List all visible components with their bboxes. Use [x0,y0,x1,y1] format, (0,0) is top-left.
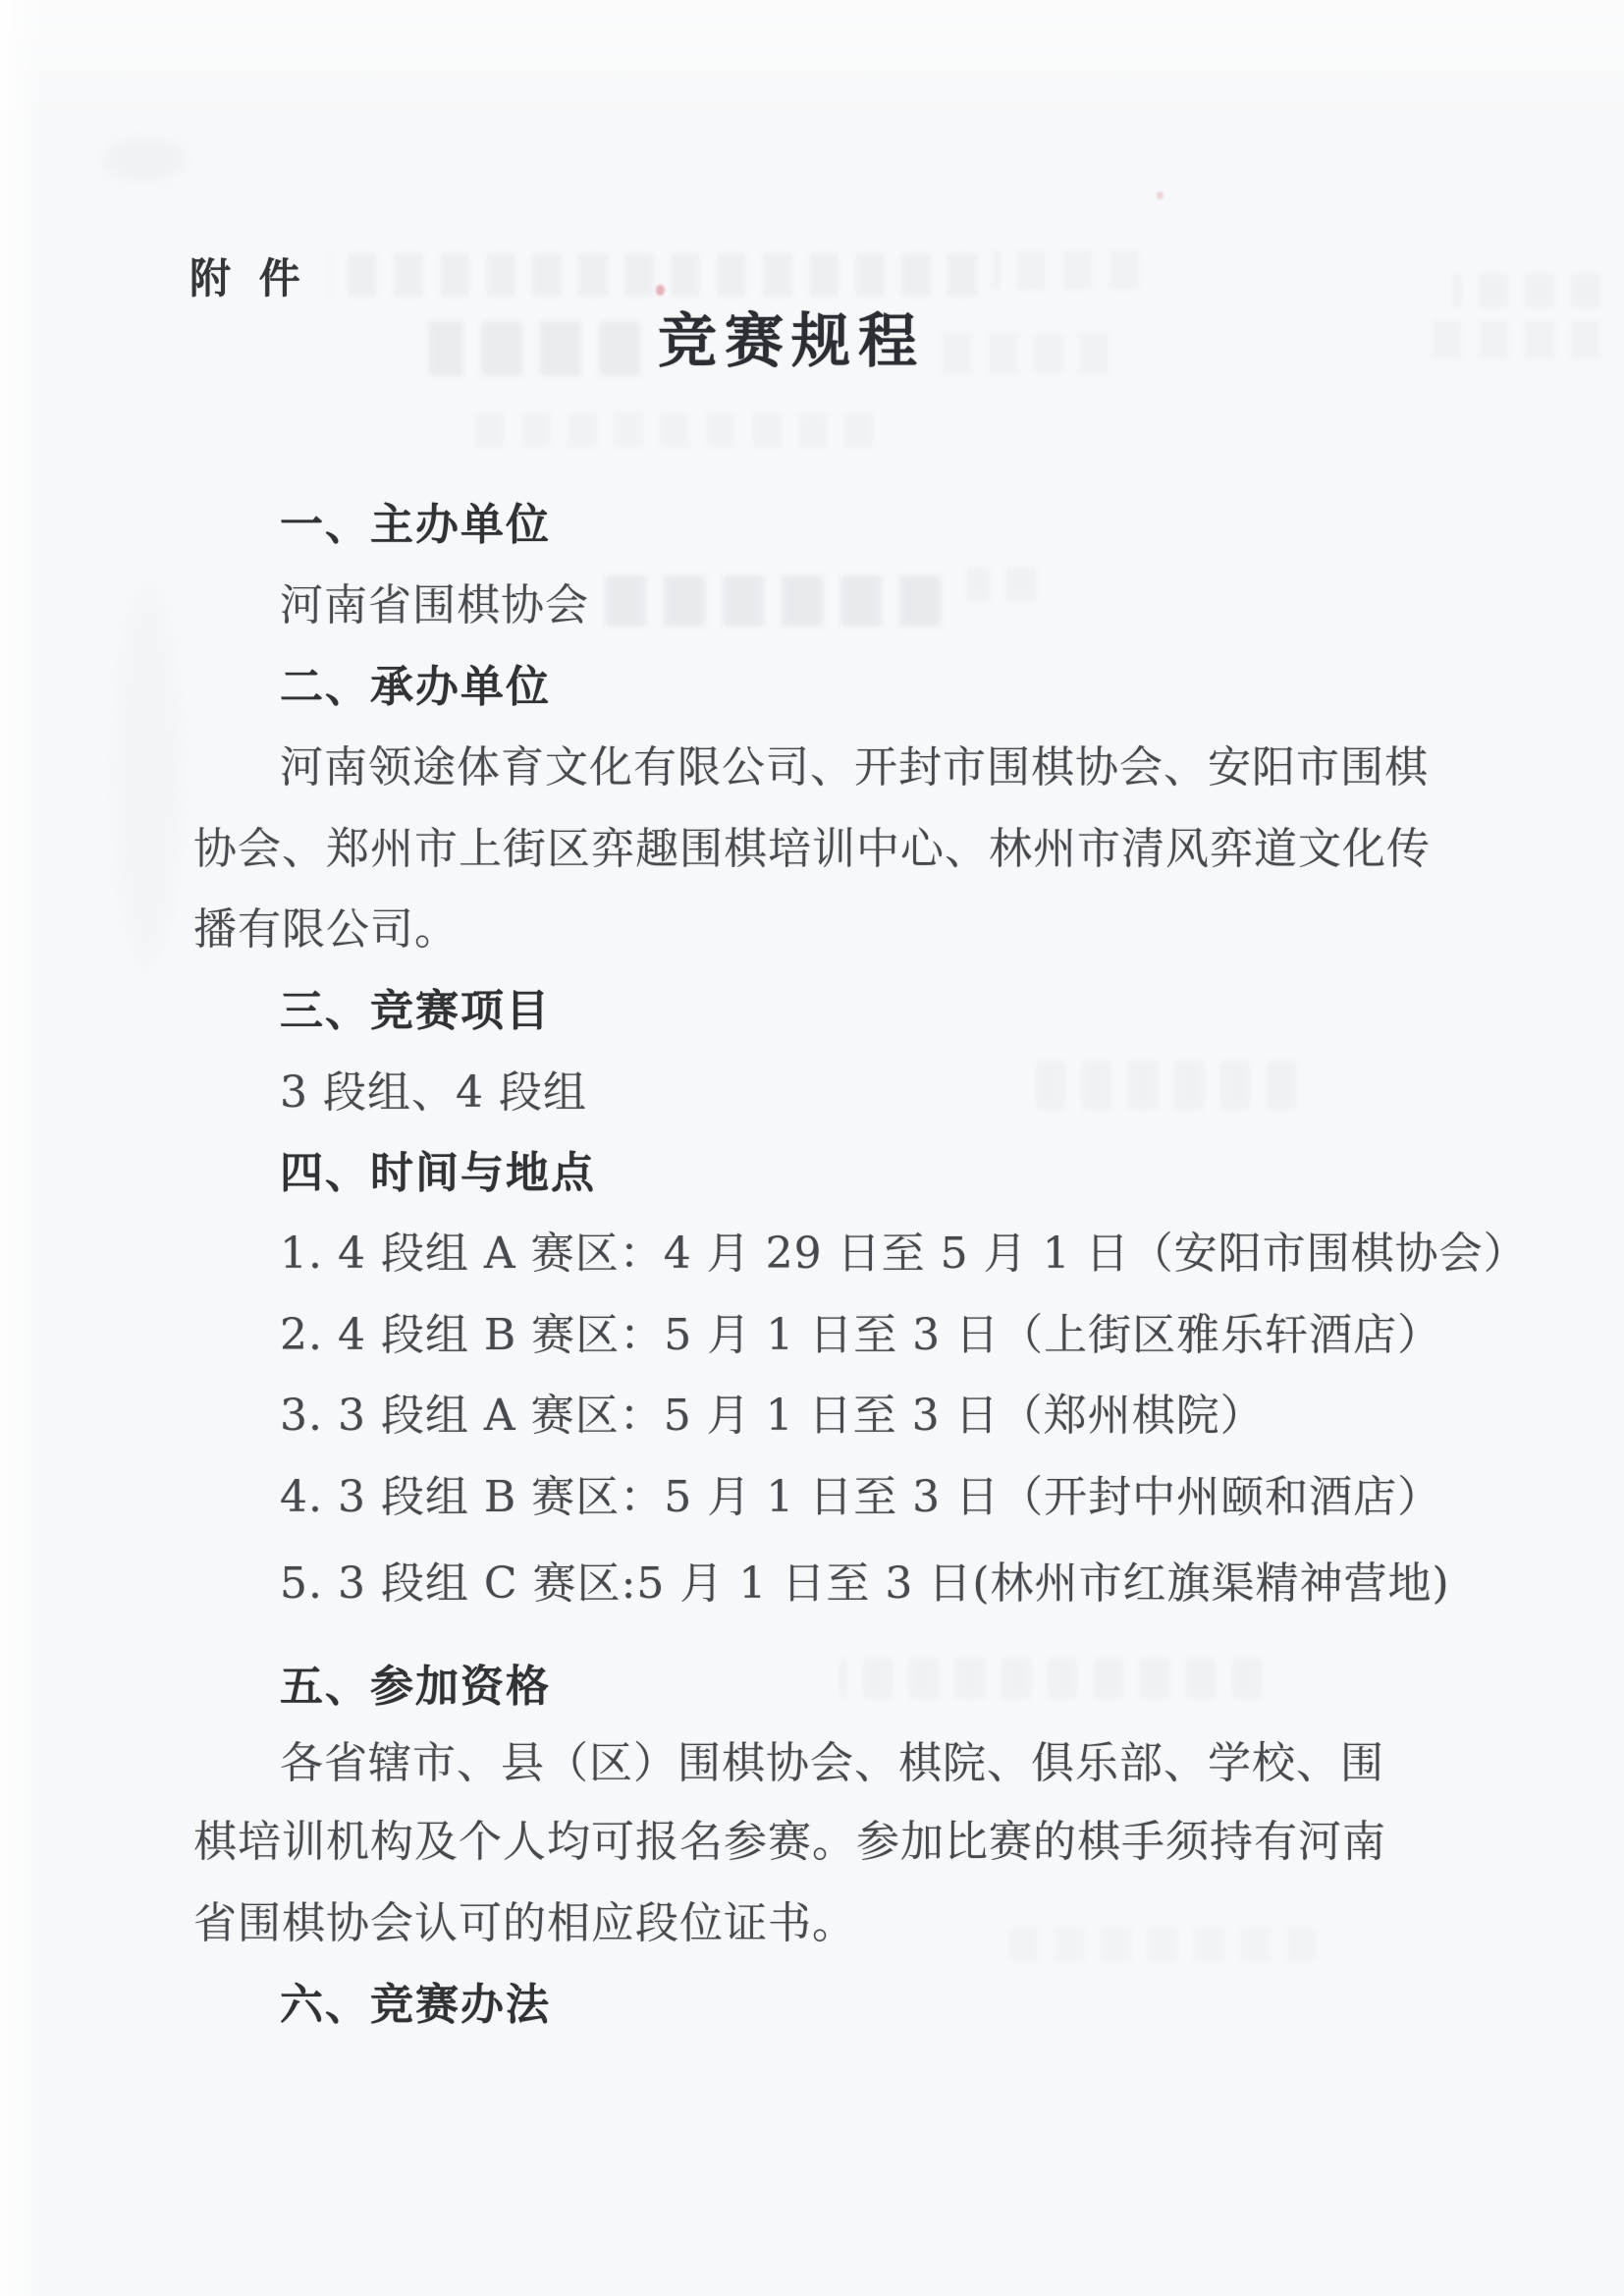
bleed-through-ghost [967,568,1036,601]
section-heading-events: 三、竞赛项目 [280,987,551,1036]
list-item-venue-5: 5. 3 段组 C 赛区:5 月 1 日至 3 日(林州市红旗渠精神营地) [280,1559,1450,1609]
section-heading-eligibility: 五、参加资格 [280,1663,551,1712]
text-line-undertaker-3: 播有限公司。 [193,905,459,955]
section-heading-method: 六、竞赛办法 [280,1981,551,2030]
bleed-through-ghost [587,575,941,627]
bleed-through-ghost [1453,273,1600,308]
list-item-venue-3: 3. 3 段组 A 赛区：5 月 1 日至 3 日（郑州棋院） [280,1392,1265,1441]
pink-scan-speck [1157,191,1164,199]
bleed-through-ghost [992,250,1139,290]
bleed-through-ghost [461,412,874,448]
text-line-undertaker-1: 河南领途体育文化有限公司、开封市围棋协会、安阳市围棋 [280,743,1429,793]
list-item-venue-4: 4. 3 段组 B 赛区：5 月 1 日至 3 日（开封中州颐和酒店） [280,1473,1441,1522]
text-line-organizer: 河南省围棋协会 [280,581,589,630]
section-heading-time-place: 四、时间与地点 [280,1149,596,1198]
text-line-eligibility-1: 各省辖市、县（区）围棋协会、棋院、俱乐部、学校、围 [280,1739,1384,1788]
page-title: 竞赛规程 [0,306,1583,377]
text-line-eligibility-3: 省围棋协会认可的相应段位证书。 [193,1899,856,1948]
scan-smudge [103,137,187,182]
text-line-undertaker-2: 协会、郑州市上街区弈趣围棋培训中心、林州市清风弈道文化传 [193,825,1431,874]
bleed-through-ghost [1031,1061,1296,1110]
section-heading-undertaker: 二、承办单位 [280,663,551,712]
bleed-through-ghost [329,253,977,297]
list-item-venue-1: 1. 4 段组 A 赛区：4 月 29 日至 5 月 1 日（安阳市围棋协会） [280,1230,1528,1279]
scanned-document-page: 附 件 竞赛规程 一、主办单位 河南省围棋协会 二、承办单位 河南领途体育文化有… [0,0,1624,2296]
text-line-events: 3 段组、4 段组 [280,1068,587,1118]
pink-scan-speck [656,285,665,296]
bleed-through-ghost [992,1927,1316,1962]
list-item-venue-2: 2. 4 段组 B 赛区：5 月 1 日至 3 日（上街区雅乐轩酒店） [280,1311,1441,1360]
section-heading-organizer: 一、主办单位 [280,501,551,550]
text-line-eligibility-2: 棋培训机构及个人均可报名参赛。参加比赛的棋手须持有河南 [193,1818,1386,1867]
scan-smudge [113,584,182,967]
bleed-through-ghost [839,1658,1262,1699]
attachment-label: 附 件 [189,255,300,302]
